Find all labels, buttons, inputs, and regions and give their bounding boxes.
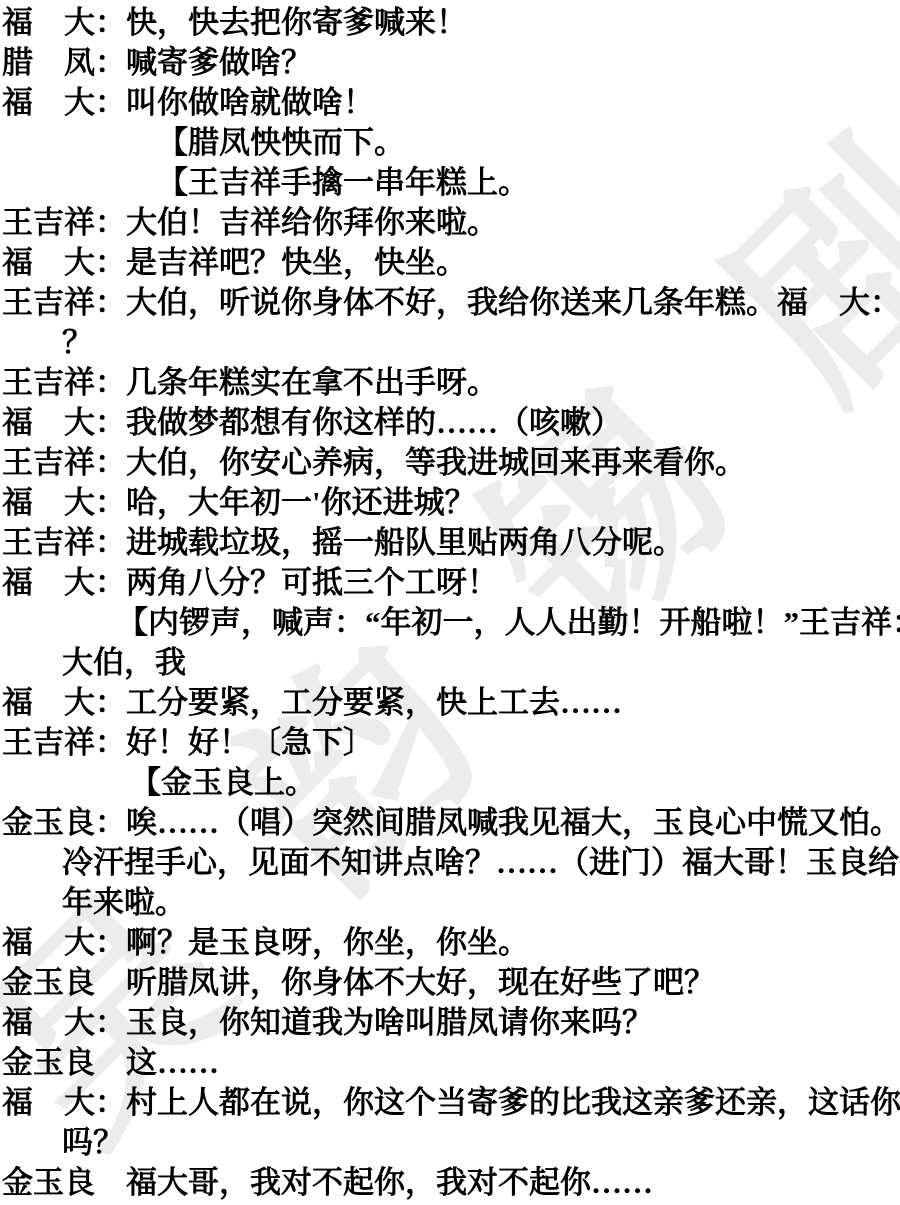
stage-direction-text: 【内锣声，喊声：“年初一，人人出勤！开船啦！”王吉祥： xyxy=(117,605,900,640)
dialogue-text: 喊寄爹做啥？ xyxy=(126,45,312,80)
dialogue-text: 村上人都在说，你这个当寄爹的比我这亲爹还亲，这话你知道 xyxy=(126,1085,900,1120)
script-line: 福 大：工分要紧，工分要紧，快上工去…… xyxy=(0,683,900,723)
speaker-name: 金玉良： xyxy=(2,805,126,840)
dialogue-text: 我做梦都想有你这样的……（咳嗽） xyxy=(126,405,622,440)
script-lines: 福 大：快，快去把你寄爹喊来！腊 凤：喊寄爹做啥？福 大：叫你做啥就做啥！【腊凤… xyxy=(0,0,900,1203)
dialogue-text: 玉良，你知道我为啥叫腊凤请你来吗？ xyxy=(126,1005,653,1040)
speaker-name: 福 大： xyxy=(2,245,126,280)
speaker-name: 金玉良 xyxy=(2,965,126,1000)
speaker-name: 福 大： xyxy=(2,1085,126,1120)
script-page: 吴韵锡剧 福 大：快，快去把你寄爹喊来！腊 凤：喊寄爹做啥？福 大：叫你做啥就做… xyxy=(0,0,900,1205)
dialogue-text: 大伯，听说你身体不好，我给你送来几条年糕。福 大：年糕 xyxy=(126,285,900,320)
speaker-name: 福 大： xyxy=(2,925,126,960)
script-line: 王吉祥：大伯，你安心养病，等我进城回来再来看你。 xyxy=(0,443,900,483)
dialogue-text: 啊？是玉良呀，你坐，你坐。 xyxy=(126,925,529,960)
script-line: 年来啦。 xyxy=(0,883,900,923)
script-line: 金玉良：唉……（唱）突然间腊凤喊我见福大，玉良心中慌又怕。一把 xyxy=(0,803,900,843)
speaker-name: 福 大： xyxy=(2,565,126,600)
speaker-name: 金玉良 xyxy=(2,1045,126,1080)
dialogue-text: 进城载垃圾，摇一船队里贴两角八分呢。 xyxy=(126,525,684,560)
speaker-name: 福 大： xyxy=(2,485,126,520)
script-line: 福 大：村上人都在说，你这个当寄爹的比我这亲爹还亲，这话你知道 xyxy=(0,1083,900,1123)
script-line: 福 大：快，快去把你寄爹喊来！ xyxy=(0,3,900,43)
dialogue-text: 几条年糕实在拿不出手呀。 xyxy=(126,365,498,400)
script-line: 福 大：哈，大年初一'你还进城？ xyxy=(0,483,900,523)
dialogue-text: 快，快去把你寄爹喊来！ xyxy=(126,5,467,40)
script-line: 王吉祥：进城载垃圾，摇一船队里贴两角八分呢。 xyxy=(0,523,900,563)
dialogue-text: 唉……（唱）突然间腊凤喊我见福大，玉良心中慌又怕。一把 xyxy=(126,805,900,840)
script-line: 王吉祥：大伯，听说你身体不好，我给你送来几条年糕。福 大：年糕 xyxy=(0,283,900,323)
dialogue-text: 吗？ xyxy=(62,1125,124,1160)
dialogue-text: 冷汗捏手心，见面不知讲点啥？……（进门）福大哥！玉良给你拜 xyxy=(62,845,900,880)
speaker-name: 腊 凤： xyxy=(2,45,126,80)
stage-direction-text: 【腊凤怏怏而下。 xyxy=(157,125,405,160)
script-line: 福 大：玉良，你知道我为啥叫腊凤请你来吗？ xyxy=(0,1003,900,1043)
stage-direction-text: 【金玉良上。 xyxy=(130,765,316,800)
script-line: 福 大：啊？是玉良呀，你坐，你坐。 xyxy=(0,923,900,963)
script-line: 福 大：两角八分？可抵三个工呀！ xyxy=(0,563,900,603)
script-line: 冷汗捏手心，见面不知讲点啥？……（进门）福大哥！玉良给你拜 xyxy=(0,843,900,883)
dialogue-text: 福大哥，我对不起你，我对不起你…… xyxy=(126,1165,653,1200)
dialogue-text: 大伯，你安心养病，等我进城回来再来看你。 xyxy=(126,445,746,480)
speaker-name: 王吉祥： xyxy=(2,445,126,480)
dialogue-text: 两角八分？可抵三个工呀！ xyxy=(126,565,498,600)
script-line: 王吉祥：好！好！〔急下〕 xyxy=(0,723,900,763)
script-line: 腊 凤：喊寄爹做啥？ xyxy=(0,43,900,83)
speaker-name: 金玉良 xyxy=(2,1165,126,1200)
speaker-name: 福 大： xyxy=(2,685,126,720)
script-line: 【金玉良上。 xyxy=(0,763,900,803)
stage-direction-text: 【王吉祥手擒一串年糕上。 xyxy=(157,165,529,200)
dialogue-text: 年来啦。 xyxy=(62,885,186,920)
script-line: ？ xyxy=(0,323,900,363)
speaker-name: 王吉祥： xyxy=(2,725,126,760)
dialogue-text: 哈，大年初一'你还进城？ xyxy=(126,485,476,520)
script-line: 【内锣声，喊声：“年初一，人人出勤！开船啦！”王吉祥： xyxy=(0,603,900,643)
script-line: 王吉祥：几条年糕实在拿不出手呀。 xyxy=(0,363,900,403)
speaker-name: 福 大： xyxy=(2,85,126,120)
dialogue-text: 工分要紧，工分要紧，快上工去…… xyxy=(126,685,622,720)
dialogue-text: 大伯，我 xyxy=(62,645,186,680)
script-line: 福 大：是吉祥吧？快坐，快坐。 xyxy=(0,243,900,283)
dialogue-text: 是吉祥吧？快坐，快坐。 xyxy=(126,245,467,280)
script-line: 金玉良 听腊凤讲，你身体不大好，现在好些了吧？ xyxy=(0,963,900,1003)
dialogue-text: ？ xyxy=(62,325,93,360)
dialogue-text: 听腊凤讲，你身体不大好，现在好些了吧？ xyxy=(126,965,715,1000)
dialogue-text: 叫你做啥就做啥！ xyxy=(126,85,374,120)
speaker-name: 福 大： xyxy=(2,5,126,40)
speaker-name: 王吉祥： xyxy=(2,285,126,320)
script-line: 福 大：叫你做啥就做啥！ xyxy=(0,83,900,123)
script-line: 吗？ xyxy=(0,1123,900,1163)
script-line: 王吉祥：大伯！吉祥给你拜你来啦。 xyxy=(0,203,900,243)
script-line: 福 大：我做梦都想有你这样的……（咳嗽） xyxy=(0,403,900,443)
speaker-name: 福 大： xyxy=(2,1005,126,1040)
dialogue-text: 好！好！〔急下〕 xyxy=(126,725,374,760)
script-line: 金玉良 这…… xyxy=(0,1043,900,1083)
dialogue-text: 这…… xyxy=(126,1045,219,1080)
script-line: 金玉良 福大哥，我对不起你，我对不起你…… xyxy=(0,1163,900,1203)
speaker-name: 福 大： xyxy=(2,405,126,440)
script-line: 大伯，我 xyxy=(0,643,900,683)
script-line: 【王吉祥手擒一串年糕上。 xyxy=(0,163,900,203)
speaker-name: 王吉祥： xyxy=(2,205,126,240)
speaker-name: 王吉祥： xyxy=(2,525,126,560)
script-line: 【腊凤怏怏而下。 xyxy=(0,123,900,163)
speaker-name: 王吉祥： xyxy=(2,365,126,400)
dialogue-text: 大伯！吉祥给你拜你来啦。 xyxy=(126,205,498,240)
